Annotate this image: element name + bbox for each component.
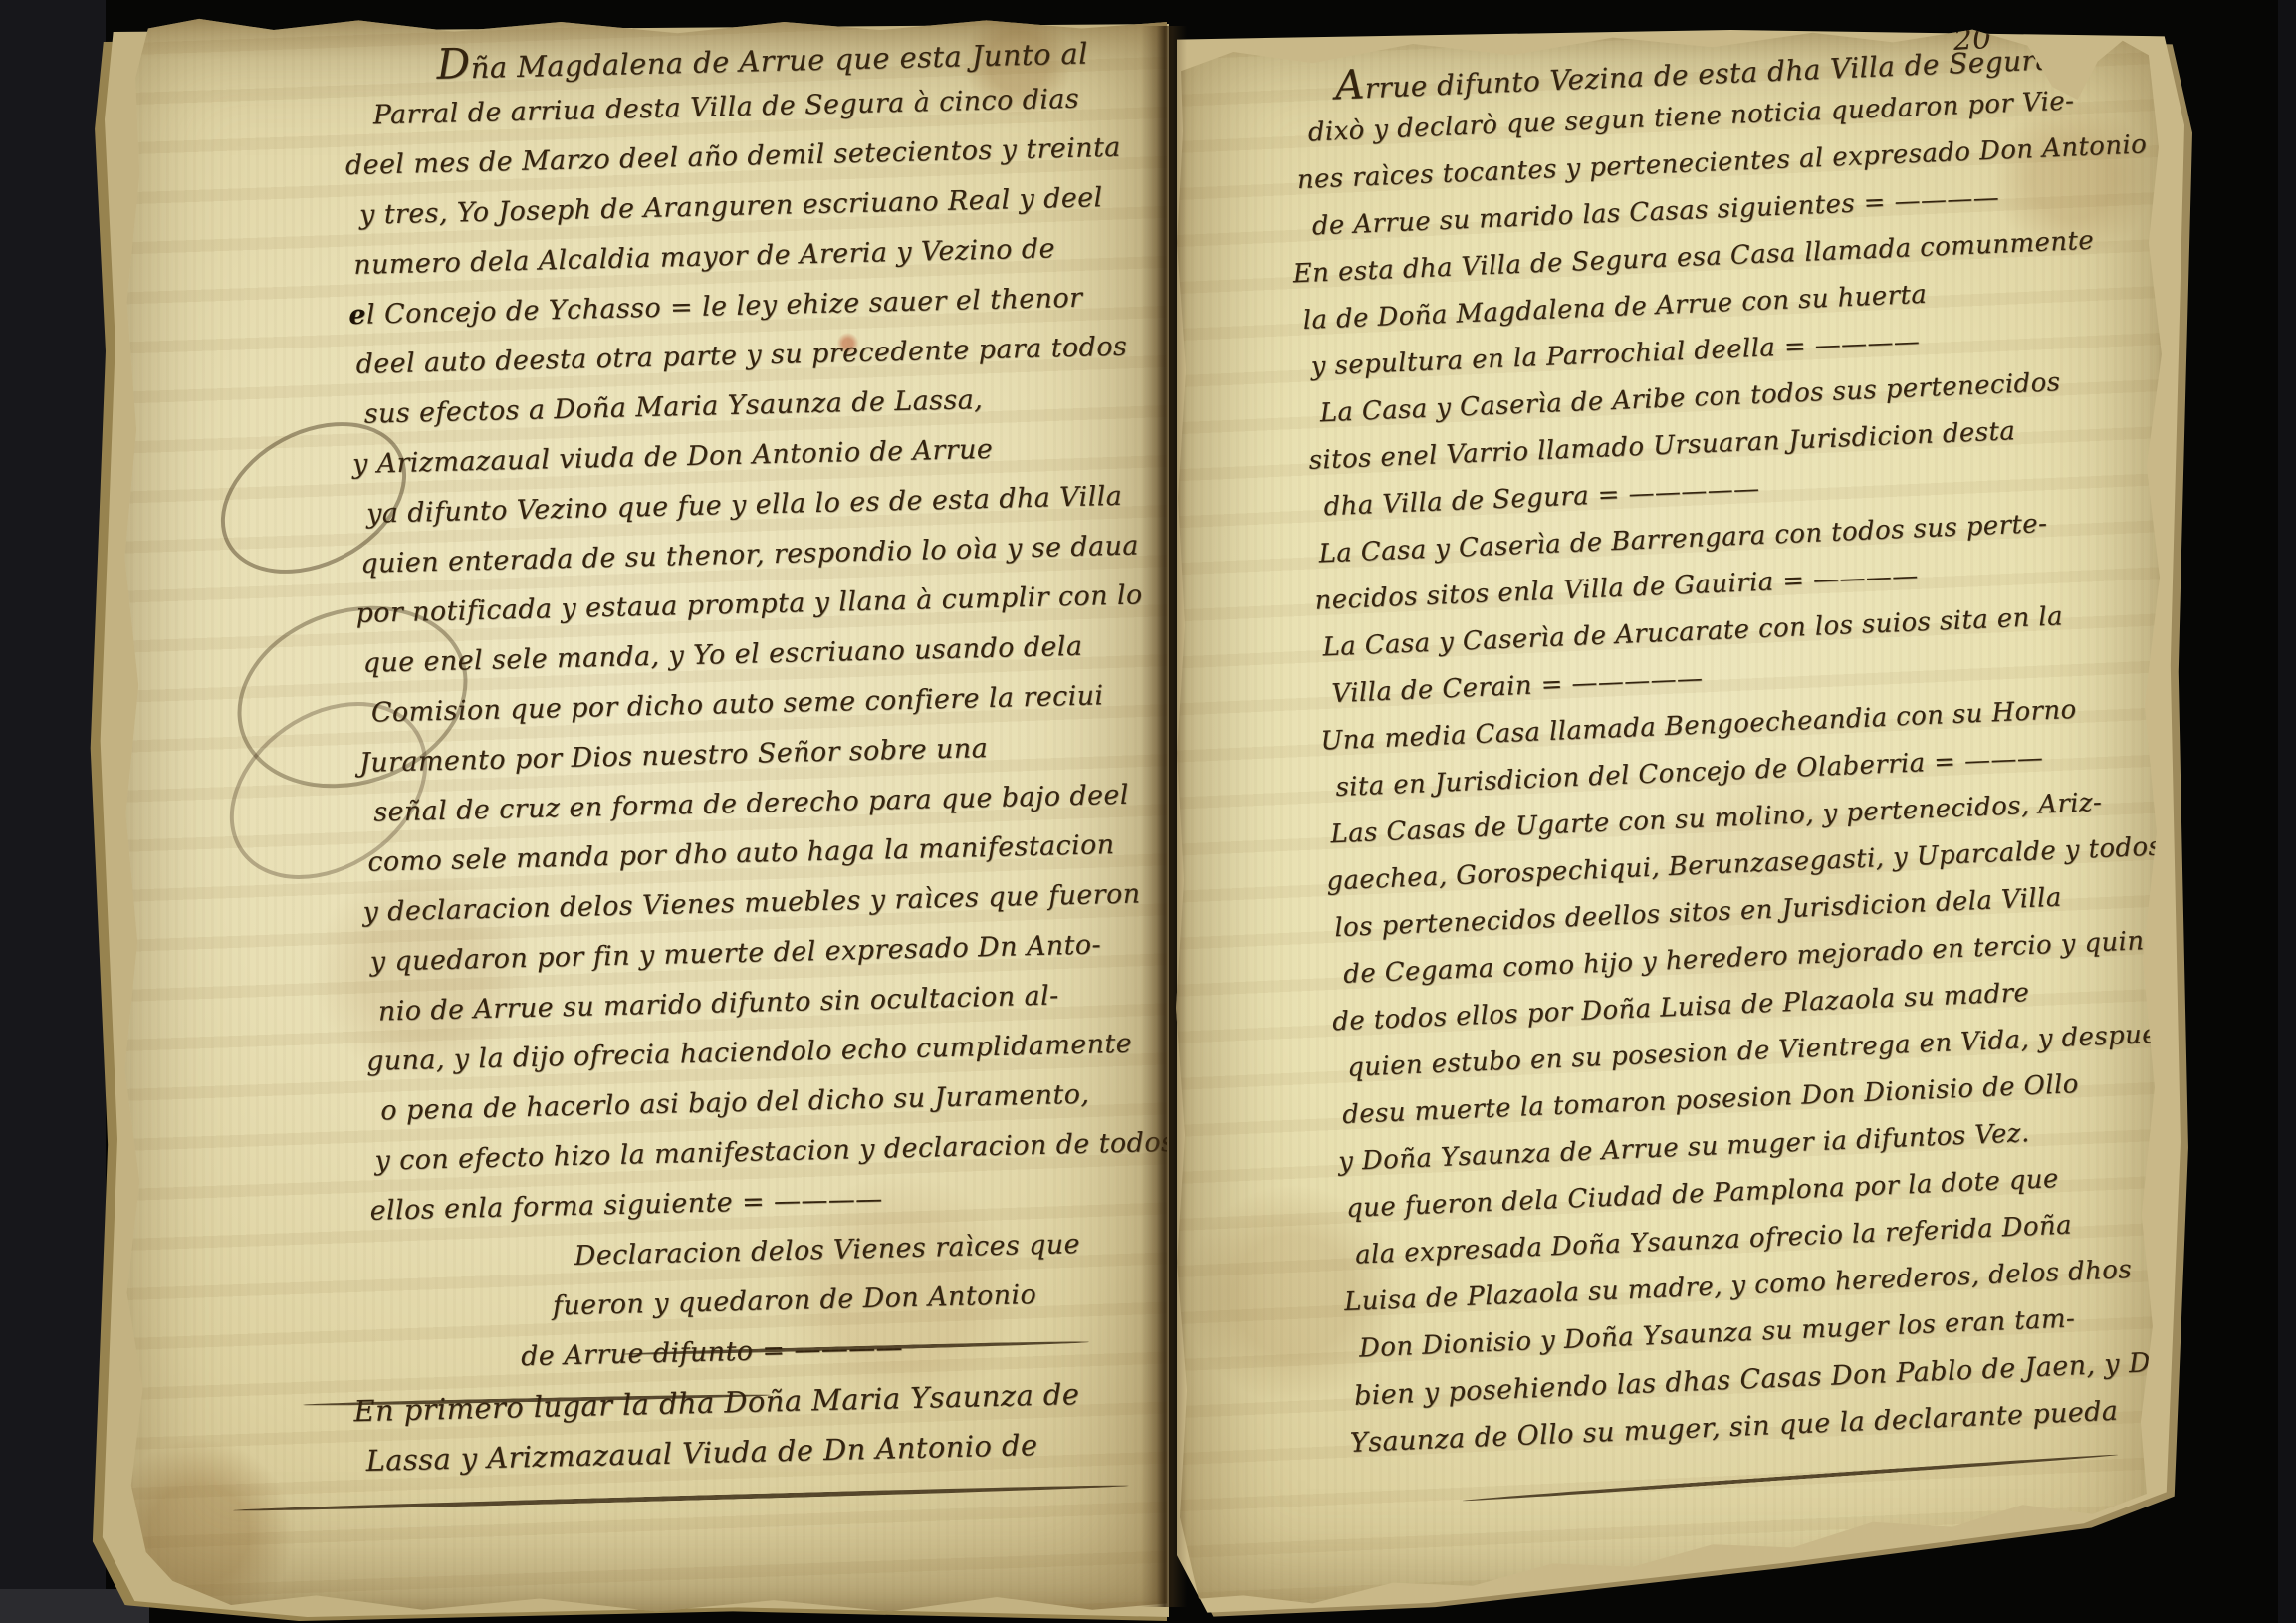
- book-gutter-shadow: [1141, 26, 1187, 1607]
- scan-bed-left-strip: [0, 0, 106, 1623]
- right-page-text: Arrue difunto Vezina de esta dha Villa d…: [1298, 28, 2218, 1467]
- left-page: Dña Magdalena de Arrue que esta Junto al…: [104, 14, 1167, 1613]
- ink-flourish-rule: [1463, 1453, 2119, 1503]
- left-page-text: Dña Magdalena de Arrue que esta Junto al…: [348, 22, 1225, 1486]
- manuscript-scan: Dña Magdalena de Arrue que esta Junto al…: [0, 0, 2296, 1623]
- ink-flourish-rule: [233, 1483, 1129, 1512]
- right-page: 20 Arrue difunto Vezina de esta dha Vill…: [1173, 20, 2173, 1613]
- scan-bed-right-strip: [2278, 0, 2296, 1623]
